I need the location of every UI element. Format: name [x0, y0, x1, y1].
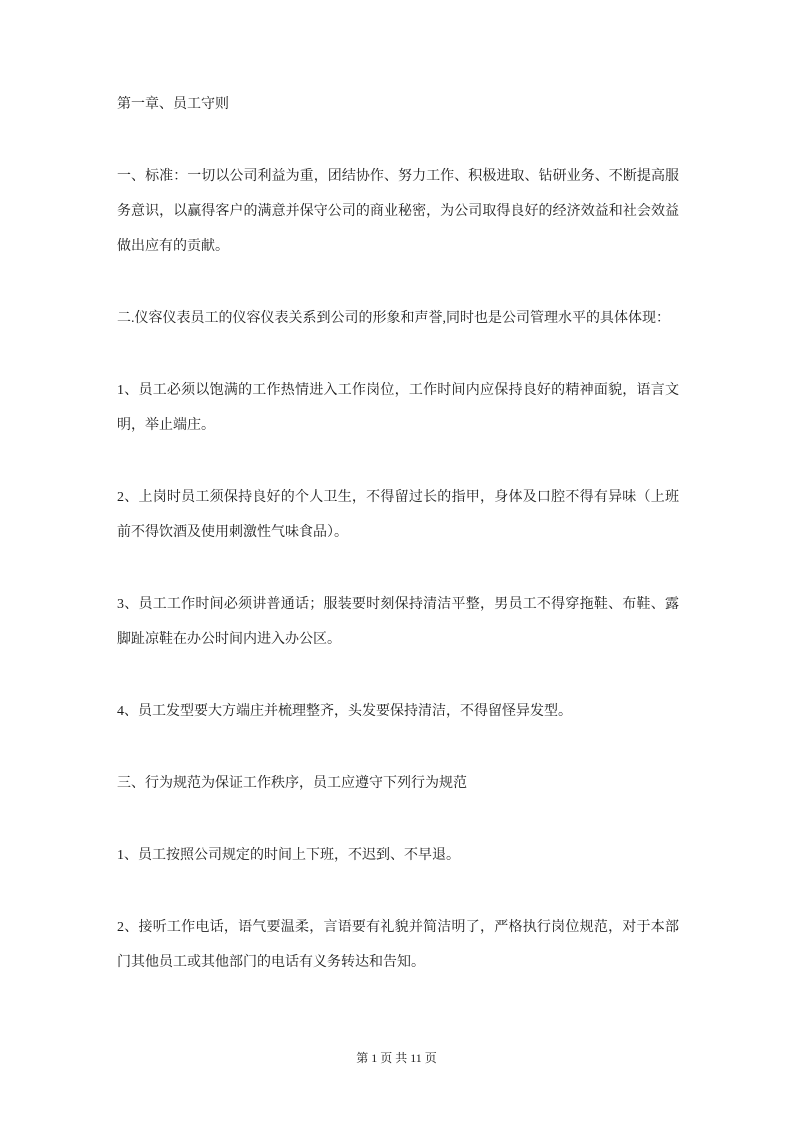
- page-number-label: 第 1 页 共 11 页: [356, 1051, 437, 1065]
- document-page: 第一章、员工守则 一、标准：一切以公司利益为重，团结协作、努力工作、积极进取、钻…: [0, 0, 793, 1122]
- chapter-title: 第一章、员工守则: [117, 87, 679, 122]
- document-body: 第一章、员工守则 一、标准：一切以公司利益为重，团结协作、努力工作、积极进取、钻…: [117, 87, 679, 1017]
- paragraph-standard: 一、标准：一切以公司利益为重，团结协作、努力工作、积极进取、钻研业务、不断提高服…: [117, 159, 679, 264]
- page-footer: 第 1 页 共 11 页: [0, 1049, 793, 1067]
- paragraph-conduct-rule-1: 1、员工按照公司规定的时间上下班，不迟到、不早退。: [117, 838, 679, 873]
- paragraph-conduct-rule-2: 2、接听工作电话，语气要温柔，言语要有礼貌并简洁明了，严格执行岗位规范，对于本部…: [117, 910, 679, 980]
- paragraph-conduct-heading: 三、行为规范为保证工作秩序，员工应遵守下列行为规范: [117, 766, 679, 801]
- paragraph-appearance-rule-3: 3、员工工作时间必须讲普通话；服装要时刻保持清洁平整，男员工不得穿拖鞋、布鞋、露…: [117, 587, 679, 657]
- paragraph-appearance-rule-2: 2、上岗时员工须保持良好的个人卫生，不得留过长的指甲，身体及口腔不得有异味（上班…: [117, 480, 679, 550]
- paragraph-appearance-heading: 二.仪容仪表员工的仪容仪表关系到公司的形象和声誉,同时也是公司管理水平的具体体现…: [117, 301, 679, 336]
- paragraph-appearance-rule-1: 1、员工必须以饱满的工作热情进入工作岗位，工作时间内应保持良好的精神面貌，语言文…: [117, 373, 679, 443]
- paragraph-appearance-rule-4: 4、员工发型要大方端庄并梳理整齐，头发要保持清洁，不得留怪异发型。: [117, 694, 679, 729]
